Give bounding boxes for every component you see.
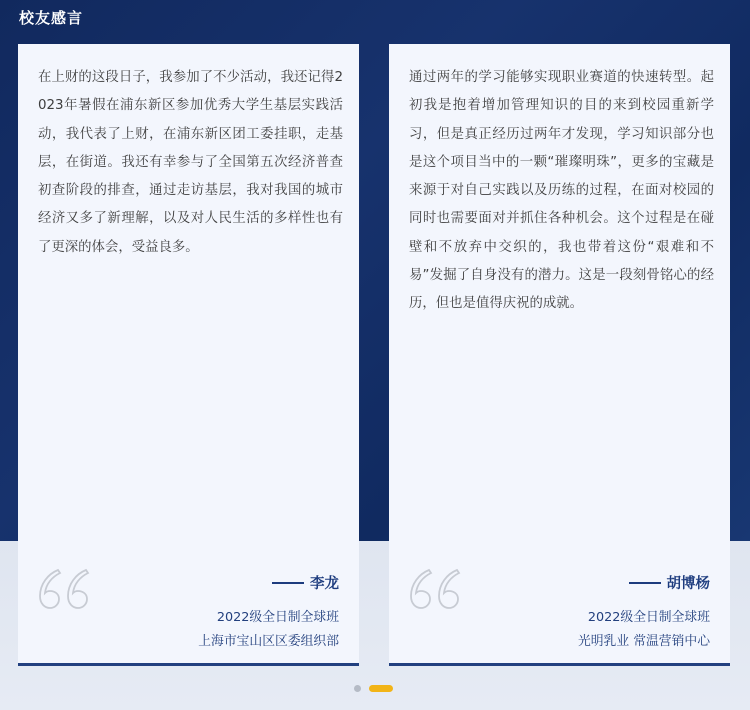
testimonial-card: 通过两年的学习能够实现职业赛道的快速转型。起初我是抱着增加管理知识的目的来到校园… [389, 44, 730, 666]
author-org: 光明乳业 常温营销中心 [578, 630, 710, 649]
author-org: 上海市宝山区区委组织部 [198, 630, 339, 649]
pagination-dot-2-active[interactable] [369, 685, 393, 692]
author-label: 胡博杨 [667, 572, 711, 593]
dash-divider [272, 582, 304, 584]
author-name: 李龙 [272, 572, 339, 593]
author-label: 李龙 [310, 572, 339, 593]
author-class: 2022级全日制全球班 [588, 606, 710, 625]
carousel-pagination [354, 685, 393, 692]
testimonial-text: 通过两年的学习能够实现职业赛道的快速转型。起初我是抱着增加管理知识的目的来到校园… [409, 64, 714, 319]
testimonial-card: 在上财的这段日子，我参加了不少活动，我还记得2023年暑假在浦东新区参加优秀大学… [18, 44, 359, 666]
quote-icon [36, 566, 92, 612]
testimonial-text: 在上财的这段日子，我参加了不少活动，我还记得2023年暑假在浦东新区参加优秀大学… [38, 64, 343, 262]
author-name: 胡博杨 [629, 572, 711, 593]
section-title: 校友感言 [19, 7, 83, 28]
quote-icon [407, 566, 463, 612]
author-class: 2022级全日制全球班 [217, 606, 339, 625]
dash-divider [629, 582, 661, 584]
pagination-dot-1[interactable] [354, 685, 361, 692]
